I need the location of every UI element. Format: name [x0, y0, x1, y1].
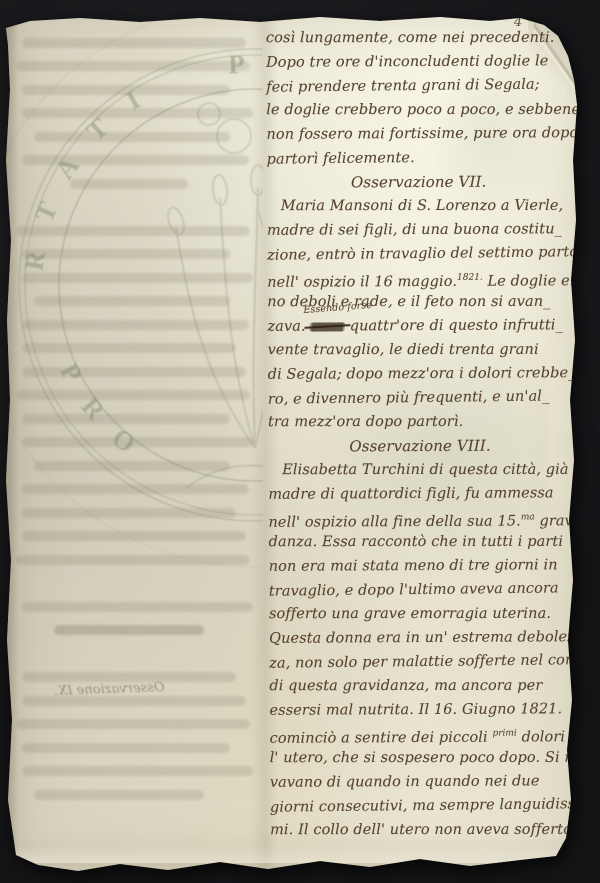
manuscript-line: madre di sei figli, di una buona costitu… [267, 217, 571, 243]
manuscript-line: danza. Essa raccontò che in tutti i part… [269, 530, 573, 554]
manuscript-line: tra mezz'ora dopo partorì. [268, 410, 572, 434]
manuscript-line: di questa gravidanza, ma ancora per [269, 674, 573, 698]
intro-paragraph: così lungamente, come nei precedenti.Dop… [266, 25, 571, 171]
bleedthrough-line [22, 367, 246, 377]
bleedthrough-line [22, 249, 230, 259]
manuscript-line: partorì felicemente. [266, 144, 570, 171]
manuscript-line: travaglio, e dopo l'ultimo aveva ancora [269, 576, 573, 603]
bleedthrough-line [16, 719, 250, 729]
manuscript-line: madre di quattordici figli, fu ammessa [268, 481, 572, 507]
manuscript-line: non fossero mai fortissime, pure ora dop… [266, 121, 570, 147]
manuscript-line: feci prendere trenta grani di Segala; [266, 72, 570, 99]
manuscript-paper: RTATI PV PRO Osservazione IX. [0, 0, 600, 883]
manuscript-line: le doglie crebbero poco a poco, e sebben… [266, 98, 570, 122]
torn-bottom-rim [10, 845, 566, 863]
observation-8-paragraph: l' utero, che si sospesero poco dopo. Si… [270, 745, 574, 843]
line-text: Le doglie era_ [487, 273, 592, 290]
manuscript-line: ro, e divennero più frequenti, e un'al_ [268, 384, 572, 411]
bleedthrough-line [16, 390, 250, 400]
line-text: quattr'ore di questo infrutti_ [350, 317, 563, 334]
observation-8-paragraph: Elisabetta Turchini di questa città, già… [268, 457, 572, 507]
bleedthrough-line [22, 85, 230, 95]
observation-7-heading: Osservazione VII. [267, 169, 571, 195]
bleedthrough-line [22, 320, 249, 330]
manuscript-line: mi. Il collo dell' utero non aveva soffe… [270, 818, 574, 842]
recto-page: così lungamente, come nei precedenti.Dop… [266, 25, 574, 843]
bleedthrough-line [22, 484, 249, 494]
bleedthrough-line [22, 343, 236, 353]
observation-8-heading: Osservazione VIII. [268, 433, 572, 459]
page-edge-stack [6, 18, 19, 864]
manuscript-line: l' utero, che si sospesero poco dopo. Si… [270, 746, 574, 770]
bleedthrough-line [22, 38, 246, 48]
manuscript-line: Elisabetta Turchini di questa città, già [268, 458, 572, 482]
bleedthrough-line [16, 555, 250, 565]
manuscript-line: vente travaglio, le diedi trenta grani [268, 338, 572, 362]
manuscript-line: Maria Mansoni di S. Lorenzo a Vierle, [267, 194, 571, 218]
manuscript-line: non era mai stata meno di tre giorni in [269, 553, 573, 579]
strikethrough-scribble [309, 322, 347, 331]
manuscript-line-with-superscript: cominciò a sentire dei piccoli primi dol… [270, 721, 574, 747]
manuscript-line: Questa donna era in un' estrema debolez_ [269, 625, 573, 651]
superscript-ordinal: ma [521, 512, 535, 522]
bleedthrough-line [16, 61, 250, 71]
bleedthrough-line [22, 743, 230, 753]
manuscript-line: giorni consecutivi, ma sempre languidiss… [270, 792, 574, 819]
bleedthrough-line [22, 108, 253, 118]
observation-7-paragraph: Maria Mansoni di S. Lorenzo a Vierle,mad… [267, 193, 571, 267]
bleedthrough-line [22, 602, 253, 612]
manuscript-line: Dopo tre ore d'inconcludenti doglie le [266, 49, 570, 75]
bleedthrough-line [22, 531, 246, 541]
bleedthrough-line [22, 155, 249, 165]
manuscript-line-with-strikethrough: zava.Essendo forsequattr'ore di questo i… [267, 313, 571, 339]
line-text: nell' ospizio il 16 maggio. [267, 274, 457, 291]
manuscript-line: vavano di quando in quando nei due [270, 769, 574, 795]
manuscript-line: essersi mal nutrita. Il 16. Giugno 1821. [269, 697, 573, 723]
bleedthrough-line [22, 414, 230, 424]
manuscript-line-with-superscript: nell' ospizio il 16 maggio.1821. Le dogl… [267, 265, 571, 291]
paper-shadow-wrap: RTATI PV PRO Osservazione IX. [0, 0, 600, 883]
photographed-manuscript: RTATI PV PRO Osservazione IX. [0, 0, 600, 883]
bleedthrough-line [54, 625, 204, 635]
bleedthrough-line [22, 273, 253, 283]
line-text: gravi_ [539, 513, 585, 529]
line-text: nell' ospizio alla fine della sua 15. [268, 513, 520, 530]
bleedthrough-line [34, 132, 230, 142]
bleedthrough-line [34, 790, 204, 800]
bleedthrough-line [22, 437, 253, 447]
verso-page: RTATI PV PRO Osservazione IX. [6, 18, 263, 866]
bleedthrough-line [34, 461, 230, 471]
observation-7-paragraph: vente travaglio, le diedi trenta granidi… [267, 337, 571, 435]
superscript-year: 1821. [457, 273, 483, 283]
manuscript-line: sofferto una grave emorragia uterina. [269, 602, 573, 626]
bleedthrough-line [70, 179, 188, 189]
line-text: cominciò a sentire dei piccoli [270, 730, 488, 747]
bleedthrough-line [34, 296, 230, 306]
line-text: zava. [267, 319, 305, 335]
superscript-word: primi [492, 728, 516, 738]
insertion-wrap: Essendo forse [306, 314, 350, 338]
bleedthrough-line [22, 766, 253, 776]
manuscript-line: così lungamente, come nei precedenti. [266, 26, 570, 50]
manuscript-line: zione, entrò in travaglio del settimo pa… [267, 240, 571, 267]
manuscript-line: di Segala; dopo mezz'ora i dolori crebbe… [268, 361, 572, 387]
bleedthrough-line [22, 508, 236, 518]
manuscript-line-with-superscript: nell' ospizio alla fine della sua 15.ma … [268, 505, 572, 531]
bleedthrough-line [16, 226, 250, 236]
observation-8-paragraph: danza. Essa raccontò che in tutti i part… [269, 529, 574, 723]
manuscript-line: za, non solo per malattie sofferte nel c… [269, 648, 573, 675]
line-text: dolori al_ [522, 729, 591, 745]
